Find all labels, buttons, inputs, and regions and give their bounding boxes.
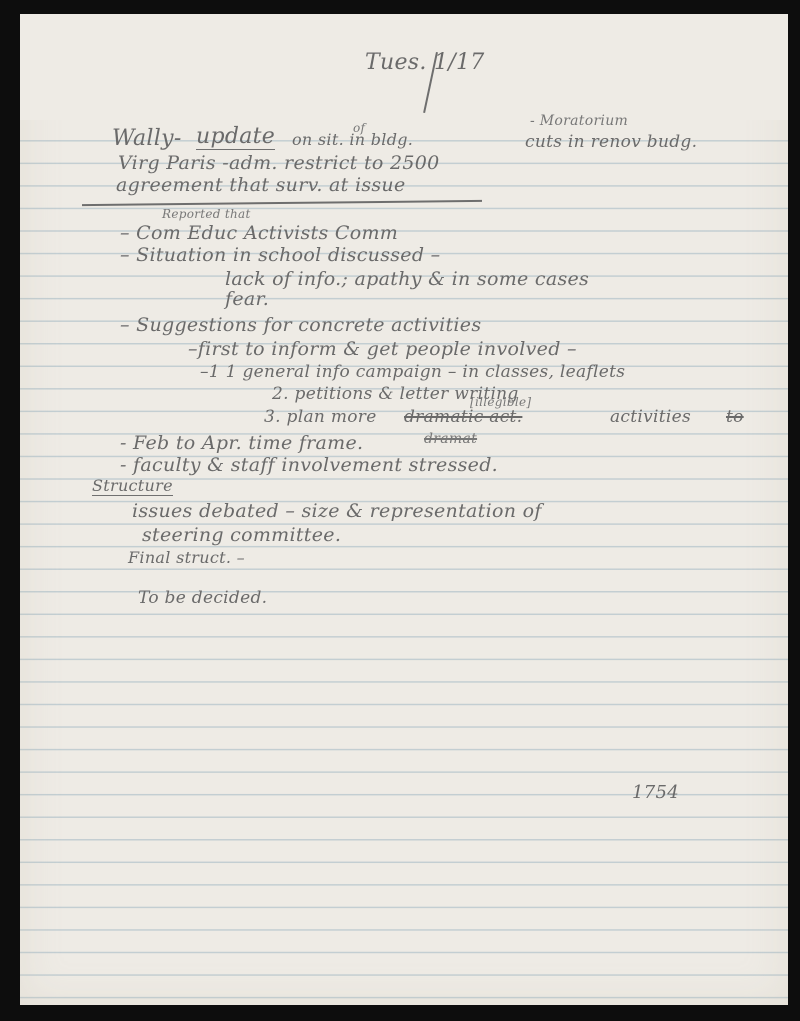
margin-note-2: cuts in renov budg. [525,134,697,151]
item-activists-comm: – Com Educ Activists Comm [120,224,398,243]
item-timeframe: - Feb to Apr. time frame. [120,434,363,453]
structure-line-4: To be decided. [138,590,267,607]
item-situation: – Situation in school discussed – [120,246,440,265]
intro-name: Wally- [112,128,182,150]
item-suggestions: – Suggestions for concrete activities [120,316,481,335]
item-faculty-staff: - faculty & staff involvement stressed. [120,456,498,475]
item-info-campaign: –1 1 general info campaign – in classes,… [200,364,625,381]
margin-note-1: - Moratorium [530,114,628,128]
intro-update: update [196,126,275,150]
intro-line-2: Virg Paris -adm. restrict to 2500 [118,154,440,173]
intro-underline [82,200,482,206]
page-number: 1754 [632,784,679,802]
intro-insert: of [353,122,365,134]
structure-line-1: issues debated – size & representation o… [132,502,542,521]
item-note-reported: Reported that [162,208,251,220]
item-first-inform: –first to inform & get people involved – [188,340,577,359]
item-plan-activities: activities [610,409,691,426]
item-plan-more: 3. plan more [264,409,377,426]
date-header: Tues. 1/17 [365,52,485,74]
item-plan-struck-end: to [726,409,744,426]
item-lack-of-info: lack of info.; apathy & in some cases [225,270,589,289]
item-timeframe-struck: dramat [424,432,477,446]
structure-line-2: steering committee. [142,526,341,545]
item-plan-struck: dramatic act. [404,409,522,426]
notebook-page: Tues. 1/17 Wally- update on sit. in bldg… [20,14,788,1005]
intro-line-3: agreement that surv. at issue [116,176,406,195]
item-fear: fear. [225,290,269,309]
structure-line-3: Final struct. – [128,550,245,566]
structure-heading: Structure [92,478,173,496]
